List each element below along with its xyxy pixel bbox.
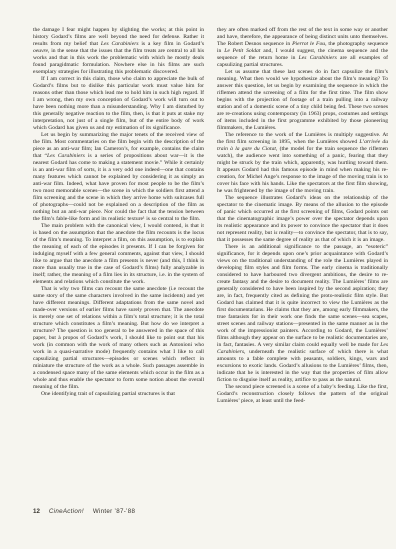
paragraph: The second piece screened is a scene of … <box>217 384 388 405</box>
paragraph: If I am correct in this claim, those who… <box>33 76 204 132</box>
column-right: they are often marked off from the rest … <box>217 27 388 405</box>
paragraph: they are often marked off from the rest … <box>217 27 388 69</box>
issue-label: Winter ’87-’88 <box>93 508 135 515</box>
page-footer: 12 CineAction! Winter ’87-’88 <box>33 508 135 515</box>
journal-name: CineAction! <box>49 508 84 515</box>
paragraph: One identifying trait of capsulizing par… <box>33 391 204 398</box>
text-columns: the damage I fear might happen by slight… <box>33 27 389 405</box>
paragraph: The reference to the work of the Lumière… <box>217 132 388 195</box>
paragraph: The main problem with the canonical view… <box>33 223 204 286</box>
paragraph: The sequence illustrates Godard’s ideas … <box>217 195 388 244</box>
magazine-page: the damage I fear might happen by slight… <box>0 0 396 549</box>
column-left: the damage I fear might happen by slight… <box>33 27 204 405</box>
paragraph: That is why two films can recount the sa… <box>33 286 204 391</box>
page-number: 12 <box>33 508 40 515</box>
paragraph: There is an additional significance to t… <box>217 244 388 384</box>
paragraph: Let us assume that these last scenes do … <box>217 69 388 132</box>
paragraph: the damage I fear might happen by slight… <box>33 27 204 76</box>
paragraph: Let us begin by summarizing the major te… <box>33 132 204 223</box>
